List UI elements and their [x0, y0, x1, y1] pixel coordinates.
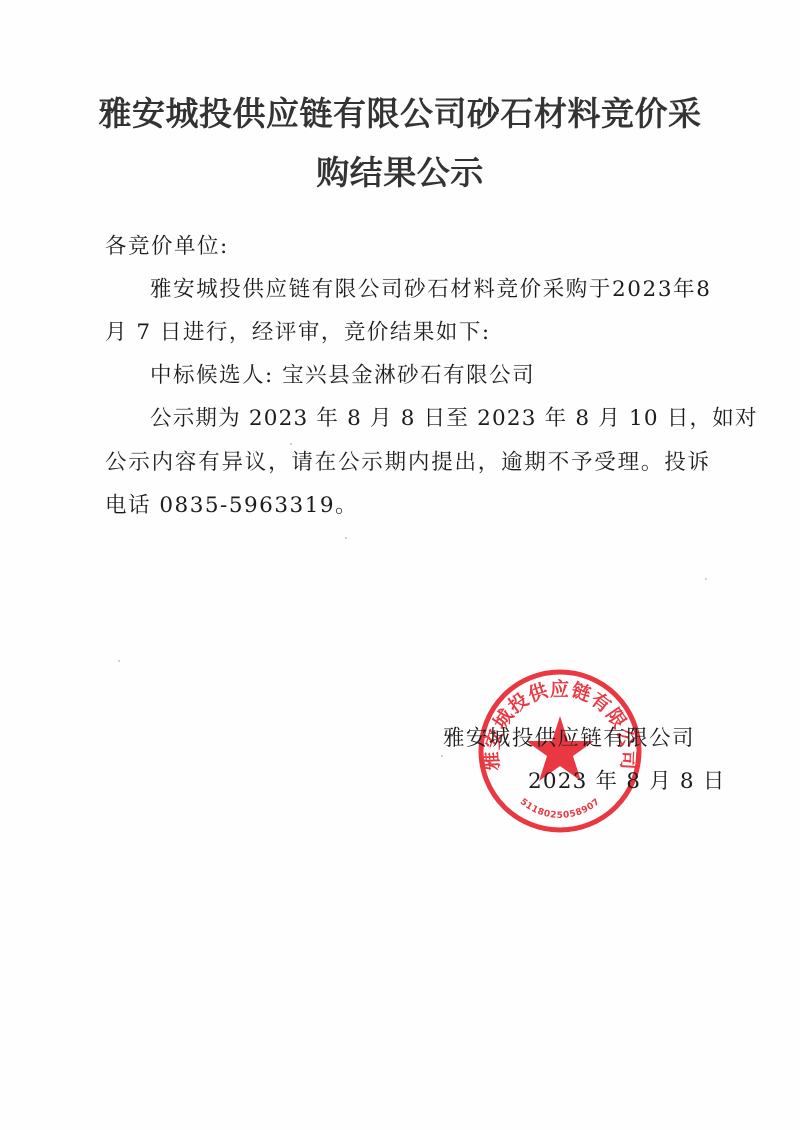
paragraph-3-line-2: 公示内容有异议，请在公示期内提出，逾期不予受理。投诉: [105, 445, 711, 476]
signature-date: 2023 年 8 月 8 日: [528, 764, 726, 795]
paragraph-1-line-2: 月 7 日进行，经评审，竞价结果如下:: [105, 315, 491, 346]
winning-candidate-line: 中标候选人: 宝兴县金淋砂石有限公司: [150, 358, 535, 389]
document-title-line-2: 购结果公示: [0, 153, 800, 193]
stamp-serial-number: 5118025058907: [518, 797, 602, 821]
paragraph-1-line-1: 雅安城投供应链有限公司砂石材料竞价采购于2023年8: [150, 272, 712, 303]
scan-speck: [345, 537, 347, 539]
scan-speck: [118, 660, 120, 662]
scan-speck: [441, 755, 443, 757]
complaint-phone-line: 电话 0835-5963319。: [105, 488, 358, 519]
scan-speck: [705, 578, 707, 580]
document-title-line-1: 雅安城投供应链有限公司砂石材料竞价采: [0, 94, 800, 134]
signature-company: 雅安城投供应链有限公司: [443, 721, 695, 752]
document-page: 雅安城投供应链有限公司砂石材料竞价采 购结果公示 各竞价单位: 雅安城投供应链有…: [0, 0, 800, 1130]
scan-speck: [290, 443, 292, 445]
salutation: 各竞价单位:: [105, 229, 229, 260]
paragraph-3-line-1: 公示期为 2023 年 8 月 8 日至 2023 年 8 月 10 日，如对: [150, 401, 758, 432]
